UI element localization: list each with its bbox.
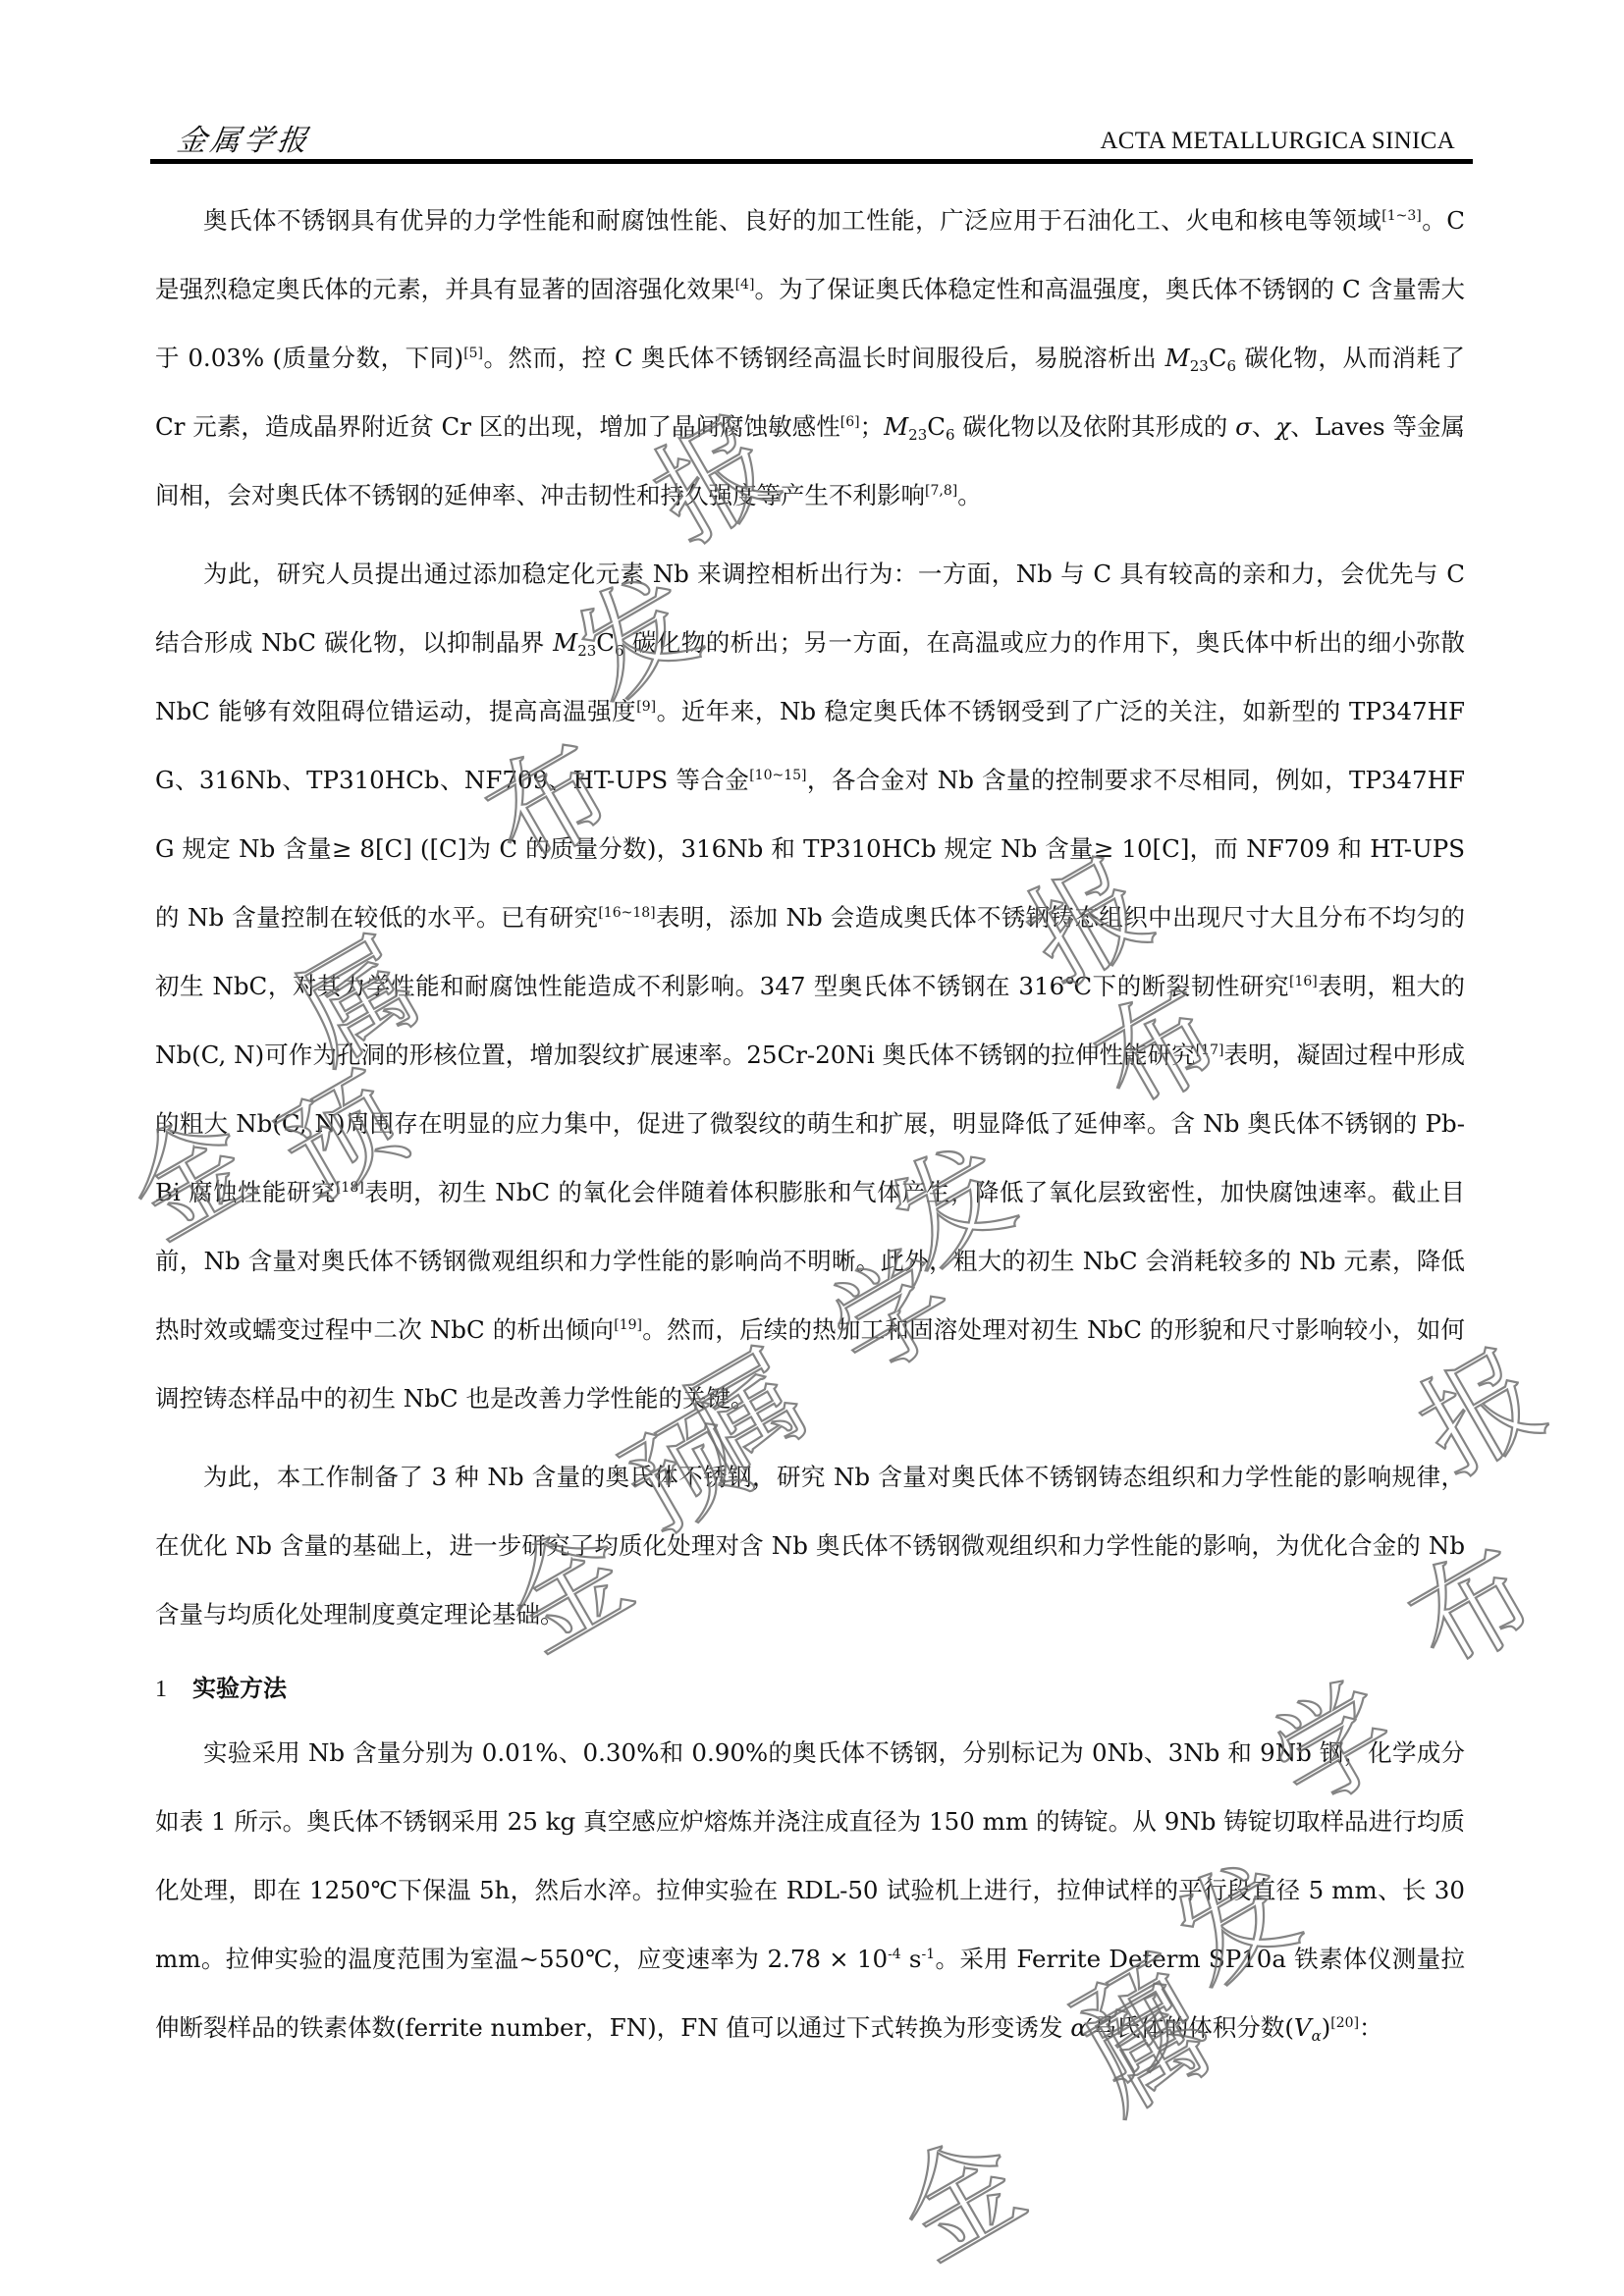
- paragraph-intro-3: 为此，本工作制备了 3 种 Nb 含量的奥氏体不锈钢，研究 Nb 含量对奥氏体不…: [155, 1443, 1465, 1649]
- journal-title-en: ACTA METALLURGICA SINICA: [1100, 128, 1455, 155]
- paragraph-intro-2: 为此，研究人员提出通过添加稳定化元素 Nb 来调控相析出行为：一方面，Nb 与 …: [155, 540, 1465, 1433]
- section-title: 实验方法: [192, 1675, 287, 1702]
- watermark-char: 金: [882, 2118, 1040, 2276]
- journal-logo-cn: 金属学报: [175, 116, 314, 159]
- paragraph-methods-1: 实验采用 Nb 含量分别为 0.01%、0.30%和 0.90%的奥氏体不锈钢，…: [155, 1719, 1465, 2062]
- section-number: 1: [155, 1677, 167, 1702]
- paragraph-intro-1: 奥氏体不锈钢具有优异的力学性能和耐腐蚀性能、良好的加工性能，广泛应用于石油化工、…: [155, 187, 1465, 530]
- article-body: 奥氏体不锈钢具有优异的力学性能和耐腐蚀性能、良好的加工性能，广泛应用于石油化工、…: [155, 187, 1465, 2072]
- header-rule: [150, 159, 1473, 164]
- page-header: 金属学报 ACTA METALLURGICA SINICA: [150, 110, 1473, 165]
- section-heading: 1实验方法: [155, 1659, 1465, 1719]
